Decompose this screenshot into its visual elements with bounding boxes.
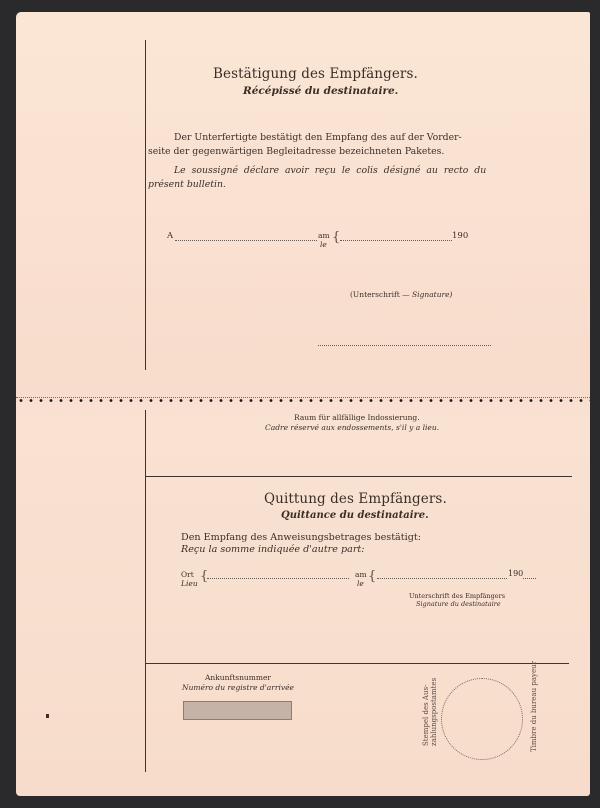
receipt-text-de-2: seite der gegenwärtigen Begleitadresse b… <box>148 145 444 158</box>
endorsement-area[interactable] <box>146 410 572 475</box>
quittance-year-prefix: 190 <box>508 569 523 578</box>
quittance-date-label-fr: le <box>357 579 364 588</box>
receipt-year-prefix: 190 <box>452 231 468 241</box>
receipt-place-field[interactable] <box>175 240 317 241</box>
receipt-text-fr-1: Le soussigné déclare avoir reçu le colis… <box>174 164 486 177</box>
arrival-number-label-fr: Numéro du registre d'arrivée <box>182 683 294 692</box>
divider-quittance <box>145 663 569 664</box>
receipt-text-de-1: Der Unterfertigte bestätigt den Empfang … <box>174 131 462 144</box>
receipt-date-label-fr: le <box>320 240 327 249</box>
quittance-text-fr: Reçu la somme indiquée d'autre part: <box>181 543 365 556</box>
punch-mark <box>46 714 49 718</box>
stamp-label-fr: Timbre du bureau payeur <box>530 661 538 752</box>
quittance-year-field[interactable] <box>523 578 536 579</box>
receipt-place-prefix: A <box>167 231 173 241</box>
quittance-place-field[interactable] <box>207 578 349 579</box>
postmark-stamp-circle[interactable] <box>441 678 523 760</box>
quittance-date-label-de: am <box>355 570 367 579</box>
receipt-title-fr: Récépissé du destinataire. <box>243 85 398 97</box>
perforation-line[interactable] <box>16 399 590 402</box>
quittance-place-label-fr: Lieu <box>181 579 198 588</box>
quittance-place-label-de: Ort <box>181 570 194 579</box>
quittance-signature-area[interactable] <box>400 585 550 610</box>
arrival-number-field[interactable] <box>183 701 292 720</box>
receipt-text-fr-2: présent bulletin. <box>148 178 226 191</box>
receipt-date-brace: { <box>332 231 340 244</box>
receipt-date-label-de: am <box>318 231 330 240</box>
receipt-signature-label-de: (Unterschrift — <box>350 290 410 299</box>
receipt-signature-field[interactable] <box>318 345 491 346</box>
stamp-label-de: Stempel des Aus- zahlungspostamtes <box>422 678 438 746</box>
receipt-signature-label-fr: Signature) <box>412 290 452 299</box>
receipt-signature-label: (Unterschrift — Signature) <box>350 290 452 299</box>
quittance-date-brace: { <box>368 570 376 583</box>
stamp-label-de-2: zahlungspostamtes <box>430 678 438 746</box>
left-margin-line-top <box>145 40 146 370</box>
quittance-title-de: Quittung des Empfängers. <box>264 491 447 507</box>
receipt-title-de: Bestätigung des Empfängers. <box>213 66 418 82</box>
arrival-number-label-de: Ankunftsnummer <box>205 673 271 682</box>
stamp-label-de-1: Stempel des Aus- <box>422 678 430 746</box>
receipt-date-field[interactable] <box>340 240 452 241</box>
document-page <box>16 12 590 796</box>
quittance-date-field[interactable] <box>377 578 507 579</box>
divider-endorsement <box>145 476 572 477</box>
quittance-place-brace: { <box>200 570 208 583</box>
quittance-title-fr: Quittance du destinataire. <box>281 510 429 521</box>
